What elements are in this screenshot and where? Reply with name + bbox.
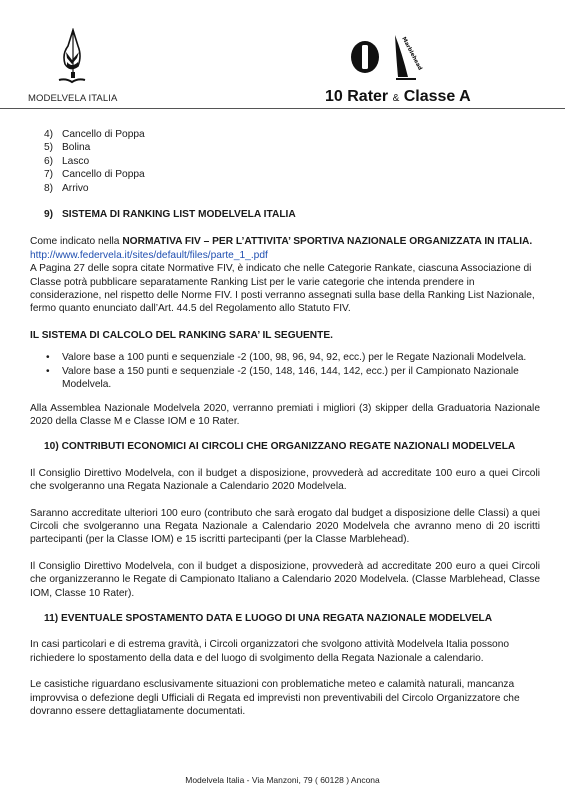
ranking-bullets: Valore base a 100 punti e sequenziale -2…: [30, 351, 540, 391]
list-item: 7)Cancello di Poppa: [30, 168, 540, 181]
class-logos: Marblehead: [350, 33, 440, 83]
section11-paragraph-2: Le casistiche riguardano esclusivamente …: [30, 678, 540, 718]
list-item: Valore base a 150 punti e sequenziale -2…: [30, 365, 540, 392]
class-title: 10 Rater & Classe A: [325, 88, 471, 106]
iom-class-icon: [351, 41, 379, 73]
list-item: 5)Bolina: [30, 141, 540, 154]
federvela-link[interactable]: http://www.federvela.it/sites/default/fi…: [30, 250, 268, 261]
section10-paragraph-1: Il Consiglio Direttivo Modelvela, con il…: [30, 467, 540, 494]
list-item: 6)Lasco: [30, 155, 540, 168]
section11-paragraph-1: In casi particolari e di estrema gravità…: [30, 638, 540, 665]
awards-paragraph: Alla Assemblea Nazionale Modelvela 2020,…: [30, 402, 540, 429]
header-divider: [0, 108, 565, 109]
list-item: 4)Cancello di Poppa: [30, 128, 540, 141]
document-body: 4)Cancello di Poppa 5)Bolina 6)Lasco 7)C…: [30, 128, 540, 718]
organization-name: MODELVELA ITALIA: [28, 93, 117, 104]
section10-paragraph-3: Il Consiglio Direttivo Modelvela, con il…: [30, 560, 540, 600]
section-heading-11: 11) EVENTUALE SPOSTAMENTO DATA E LUOGO D…: [30, 612, 540, 625]
page-footer-address: Modelvela Italia - Via Manzoni, 79 ( 601…: [0, 775, 565, 785]
class-title-part1: 10 Rater: [325, 88, 388, 105]
page-header: MODELVELA ITALIA Marblehead 10 Rater & C…: [0, 0, 565, 114]
section10-paragraph-2: Saranno accreditate ulteriori 100 euro (…: [30, 507, 540, 547]
ranking-calc-heading: IL SISTEMA DI CALCOLO DEL RANKING SARA’ …: [30, 329, 540, 342]
sailboat-emblem-icon: [56, 28, 88, 88]
list-item: 8)Arrivo: [30, 182, 540, 195]
section9-paragraph: A Pagina 27 delle sopra citate Normative…: [30, 262, 540, 316]
marblehead-sail-icon: Marblehead: [395, 35, 423, 79]
class-title-part2: Classe A: [404, 88, 471, 105]
section-heading-9: 9)SISTEMA DI RANKING LIST MODELVELA ITAL…: [30, 208, 540, 221]
section9-intro: Come indicato nella NORMATIVA FIV – PER …: [30, 235, 540, 248]
course-list: 4)Cancello di Poppa 5)Bolina 6)Lasco 7)C…: [30, 128, 540, 195]
section-heading-10: 10) CONTRIBUTI ECONOMICI AI CIRCOLI CHE …: [30, 440, 540, 453]
class-title-amp: &: [393, 93, 400, 104]
list-item: Valore base a 100 punti e sequenziale -2…: [30, 351, 540, 364]
